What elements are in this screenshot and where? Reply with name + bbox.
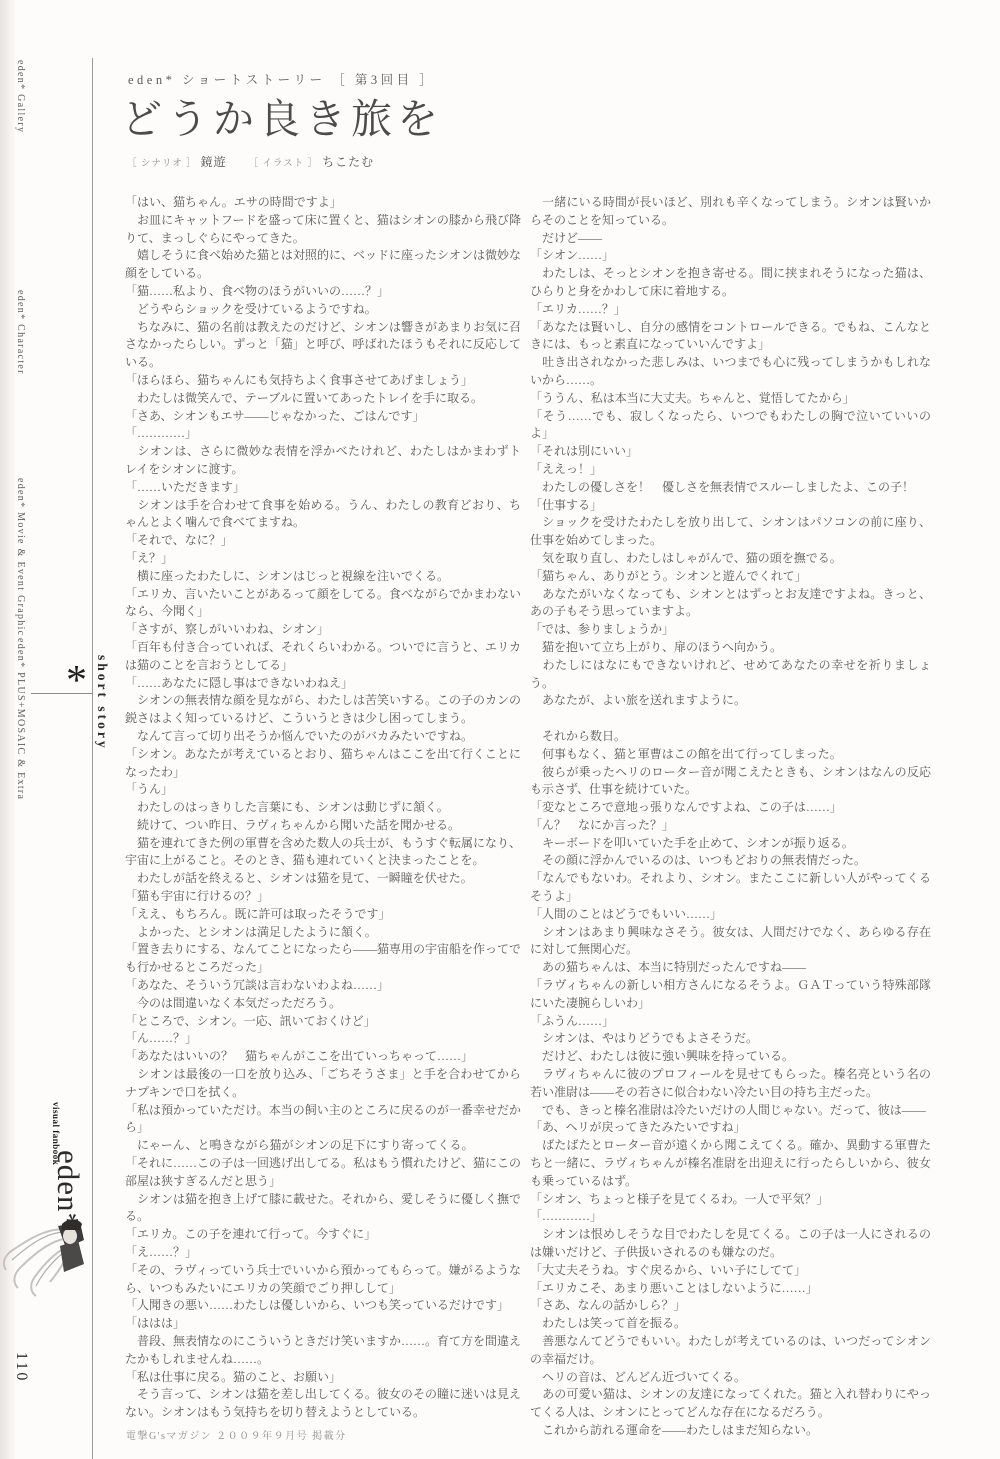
story-paragraph: 「ええ、もちろん。既に許可は取ったそうです」 bbox=[125, 906, 521, 924]
story-paragraph: 「うん」 bbox=[125, 781, 521, 799]
story-paragraph: 横に座ったわたしに、シオンはじっと視線を注いでくる。 bbox=[125, 568, 521, 586]
character-illustration bbox=[0, 1212, 92, 1308]
story-paragraph: 「それで、なに？」 bbox=[125, 532, 521, 550]
story-paragraph: 「変なところで意地っ張りなんですよね、この子は……」 bbox=[530, 799, 931, 817]
story-paragraph: シオンは、やはりどうでもよさそうだ。 bbox=[530, 1030, 931, 1048]
story-column-left: 「はい、猫ちゃん。エサの時間ですよ」 お皿にキャットフードを盛って床に置くと、猫… bbox=[125, 194, 521, 1422]
story-paragraph: 「人聞きの悪い……わたしは優しいから、いつも笑っているだけです」 bbox=[125, 1297, 521, 1315]
story-paragraph: 「なんでもないわ。それより、シオン。またここに新しい人がやってくるそうよ」 bbox=[530, 870, 931, 906]
story-paragraph: 猫を抱いて立ち上がり、扉のほうへ向かう。 bbox=[530, 639, 931, 657]
story-column-right: 一緒にいる時間が長いほど、別れも辛くなってしまう。シオンは賢いからそのことを知っ… bbox=[530, 194, 931, 1440]
sidebar-item-movie-event-graphic: eden* Movie & Event Graphic bbox=[15, 478, 26, 636]
story-paragraph: でも、きっと榛名准尉は冷たいだけの人間じゃない。だって、彼は―― bbox=[530, 1102, 931, 1120]
story-paragraph: にゃーん、と鳴きながら猫がシオンの足下にすり寄ってくる。 bbox=[125, 1137, 521, 1155]
story-paragraph: 「はい、猫ちゃん。エサの時間ですよ」 bbox=[125, 194, 521, 212]
story-paragraph: 「え？」 bbox=[125, 550, 521, 568]
story-paragraph: 「ほらほら、猫ちゃんにも気持ちよく食事させてあげましょう」 bbox=[125, 372, 521, 390]
story-paragraph: わたしにはなにもできないけれど、せめてあなたの幸せを祈りましょう。 bbox=[530, 657, 931, 693]
story-paragraph: 「私は仕事に戻る。猫のこと、お願い」 bbox=[125, 1369, 521, 1387]
story-paragraph: 吐き出されなかった悲しみは、いつまでも心に残ってしまうかもしれないから……。 bbox=[530, 354, 931, 390]
story-paragraph: 「ふうん……」 bbox=[530, 1013, 931, 1031]
story-paragraph: 「……いただきます」 bbox=[125, 479, 521, 497]
story-paragraph: 「え……？」 bbox=[125, 1244, 521, 1262]
story-paragraph: 「人間のことはどうでもいい……」 bbox=[530, 906, 931, 924]
story-paragraph: 「では、参りましょうか」 bbox=[530, 621, 931, 639]
story-paragraph: あの猫ちゃんは、本当に特別だったんですね―― bbox=[530, 959, 931, 977]
sidebar-item-character: eden* Character bbox=[15, 290, 26, 375]
story-paragraph: 「仕事する」 bbox=[530, 497, 931, 515]
scanned-book-page: eden* Gallery eden* Character eden* Movi… bbox=[0, 0, 1000, 1459]
story-paragraph: お皿にキャットフードを盛って床に置くと、猫はシオンの膝から飛び降りて、まっしぐら… bbox=[125, 212, 521, 248]
story-paragraph: 「私は預かっていただけ。本当の飼い主のところに戻るのが一番幸せだから」 bbox=[125, 1102, 521, 1138]
story-paragraph: わたしのはっきりした言葉にも、シオンは動じずに頷く。 bbox=[125, 799, 521, 817]
story-paragraph: 「猫も宇宙に行けるの？」 bbox=[125, 888, 521, 906]
story-paragraph: その顔に浮かんでいるのは、いつもどおりの無表情だった。 bbox=[530, 852, 931, 870]
story-paragraph: 猫を連れてきた例の軍曹を含めた数人の兵士が、もうすぐ転属になり、宇宙に上がること… bbox=[125, 835, 521, 871]
story-paragraph: 「さすが、察しがいいわね、シオン」 bbox=[125, 621, 521, 639]
story-paragraph: 彼らが乗ったヘリのローター音が聞こえたときも、シオンはなんの反応も示さず、仕事を… bbox=[530, 764, 931, 800]
story-paragraph: 「ん？ なにか言った？」 bbox=[530, 817, 931, 835]
story-paragraph: 「ん……？」 bbox=[125, 1030, 521, 1048]
credit-name-scenario: 鏡遊 bbox=[201, 155, 227, 169]
story-paragraph: 普段、無表情なのにこういうときだけ笑いますか……。育て方を間違えたかもしれません… bbox=[125, 1333, 521, 1369]
story-paragraph bbox=[530, 710, 931, 728]
story-paragraph: 「置き去りにする、なんてことになったら――猫専用の宇宙船を作ってでも行かせるとこ… bbox=[125, 941, 521, 977]
story-paragraph: シオンの無表情な顔を見ながら、わたしは苦笑いする。この子のカンの鋭さはよく知って… bbox=[125, 692, 521, 728]
story-paragraph: 「……あなたに隠し事はできないわねえ」 bbox=[125, 675, 521, 693]
story-paragraph: 続けて、つい昨日、ラヴィちゃんから聞いた話を聞かせる。 bbox=[125, 817, 521, 835]
story-paragraph: シオンは、さらに微妙な表情を浮かべたけれど、わたしはかまわずトレイをシオンに渡す… bbox=[125, 443, 521, 479]
story-paragraph: 「あなたはいいの？ 猫ちゃんがここを出ていっちゃって……」 bbox=[125, 1048, 521, 1066]
story-paragraph: ショックを受けたわたしを放り出して、シオンはパソコンの前に座り、仕事を始めてしま… bbox=[530, 514, 931, 550]
credit-role-illust: ［ イラスト ］ bbox=[249, 159, 318, 169]
story-paragraph: シオンはあまり興味なさそう。彼女は、人間だけでなく、あらゆる存在に対して無関心だ… bbox=[530, 924, 931, 960]
story-paragraph: 善悪なんてどうでもいい。わたしが考えているのは、いつだってシオンの幸福だけ。 bbox=[530, 1333, 931, 1369]
story-paragraph: 「シオン、ちょっと様子を見てくるわ。一人で平気？」 bbox=[530, 1191, 931, 1209]
story-paragraph: それから数日。 bbox=[530, 728, 931, 746]
story-paragraph: 「ところで、シオン。一応、訊いておくけど」 bbox=[125, 1013, 521, 1031]
story-paragraph: よかった、とシオンは満足したように頷く。 bbox=[125, 924, 521, 942]
story-paragraph: シオンは手を合わせて食事を始める。うん、わたしの教育どおり、ちゃんとよく噛んで食… bbox=[125, 497, 521, 533]
story-paragraph: なんて言って切り出そうか悩んでいたのがバカみたいですね。 bbox=[125, 728, 521, 746]
story-paragraph: あの可愛い猫は、シオンの友達になってくれた。猫と入れ替わりにやってくる人は、シオ… bbox=[530, 1386, 931, 1422]
story-paragraph: 「猫ちゃん、ありがとう。シオンと遊んでくれて」 bbox=[530, 568, 931, 586]
story-paragraph: ちなみに、猫の名前は教えたのだけど、シオンは響きがあまりお気に召さなかったらしい… bbox=[125, 319, 521, 372]
story-paragraph: わたしは笑って首を振る。 bbox=[530, 1315, 931, 1333]
story-paragraph: 「…………」 bbox=[125, 425, 521, 443]
story-paragraph: シオンは猫を抱き上げて膝に載せた。それから、愛しそうに優しく撫でる。 bbox=[125, 1191, 521, 1227]
story-paragraph: そう言って、シオンは猫を差し出してくる。彼女のその瞳に迷いは見えない。シオンはも… bbox=[125, 1386, 521, 1422]
story-paragraph: 「さあ、シオンもエサ――じゃなかった、ごはんです」 bbox=[125, 408, 521, 426]
story-paragraph: 「…………」 bbox=[530, 1208, 931, 1226]
story-paragraph: あなたがいなくなっても、シオンとはずっとお友達ですよね。きっと、あの子もそう思っ… bbox=[530, 586, 931, 622]
credit-role-scenario: ［ シナリオ ］ bbox=[127, 159, 197, 169]
story-paragraph: 「それに……この子は一回逃げ出してる。私はもう慣れたけど、猫にこの部屋は狭すぎる… bbox=[125, 1155, 521, 1191]
story-paragraph: 「あ、ヘリが戻ってきたみたいですね」 bbox=[530, 1119, 931, 1137]
sidebar-item-plus-mosaic-extra: eden* PLUS+MOSAIC & Extra bbox=[15, 638, 26, 800]
story-paragraph: 「シオン……」 bbox=[530, 247, 931, 265]
story-paragraph: ヘリの音は、どんどん近づいてくる。 bbox=[530, 1369, 931, 1387]
story-paragraph: わたしは微笑んで、テーブルに置いてあったトレイを手に取る。 bbox=[125, 390, 521, 408]
credit-name-illust: ちこたむ bbox=[322, 155, 374, 169]
story-paragraph: これから訪れる運命を――わたしはまだ知らない。 bbox=[530, 1422, 931, 1440]
story-paragraph: だけど、わたしは彼に強い興味を持っている。 bbox=[530, 1048, 931, 1066]
story-credits: ［ シナリオ ］鏡遊［ イラスト ］ちこたむ bbox=[127, 153, 396, 170]
story-paragraph: あなたが、よい旅を送れますように。 bbox=[530, 692, 931, 710]
story-paragraph: シオンは最後の一口を放り込み、「ごちそうさま」と手を合わせてからナプキンで口を拭… bbox=[125, 1066, 521, 1102]
story-paragraph: シオンは恨めしそうな目でわたしを見てくる。この子は一人にされるのは嫌いだけど、子… bbox=[530, 1226, 931, 1262]
story-paragraph: 「シオン。あなたが考えているとおり、猫ちゃんはここを出て行くことになったわ」 bbox=[125, 746, 521, 782]
story-paragraph: 「ラヴィちゃんの新しい相方さんになるそうよ。ＧＡＴっていう特殊部隊にいた凄腕らし… bbox=[530, 977, 931, 1013]
story-paragraph: 「あなた、そういう冗談は言わないわよね……」 bbox=[125, 977, 521, 995]
story-paragraph: 「エリカ……？」 bbox=[530, 301, 931, 319]
story-paragraph: 「エリカ。この子を連れて行って。今すぐに」 bbox=[125, 1226, 521, 1244]
section-label-short-story: short story bbox=[94, 655, 110, 751]
story-paragraph: 嬉しそうに食べ始めた猫とは対照的に、ベッドに座ったシオンは微妙な顔をしている。 bbox=[125, 247, 521, 283]
story-paragraph: 気を取り直し、わたしはしゃがんで、猫の頭を撫でる。 bbox=[530, 550, 931, 568]
story-paragraph: わたしが話を終えると、シオンは猫を見て、一瞬瞳を伏せた。 bbox=[125, 870, 521, 888]
story-paragraph: わたしの優しさを！ 優しさを無表情でスルーしましたよ、この子！ bbox=[530, 479, 931, 497]
story-paragraph: 一緒にいる時間が長いほど、別れも辛くなってしまう。シオンは賢いからそのことを知っ… bbox=[530, 194, 931, 230]
asterisk-section-icon: * bbox=[66, 660, 87, 702]
story-paragraph: どうやらショックを受けているようですね。 bbox=[125, 301, 521, 319]
page-number: 110 bbox=[12, 1352, 30, 1383]
story-paragraph: 「エリカ、言いたいことがあるって顔をしてる。食べながらでかまわないなら、今聞く」 bbox=[125, 586, 521, 622]
story-paragraph: 「ううん、私は本当に大丈夫。ちゃんと、覚悟してたから」 bbox=[530, 390, 931, 408]
story-paragraph: 「エリカこそ、あまり悪いことはしないように……」 bbox=[530, 1280, 931, 1298]
vertical-divider-line bbox=[92, 58, 93, 1459]
story-paragraph: 今のは間違いなく本気だっただろう。 bbox=[125, 995, 521, 1013]
story-paragraph: ラヴィちゃんに彼のプロフィールを見せてもらった。榛名亮という名の若い准尉は――そ… bbox=[530, 1066, 931, 1102]
sidebar-item-gallery: eden* Gallery bbox=[15, 60, 26, 133]
story-paragraph: 「ええっ！」 bbox=[530, 461, 931, 479]
story-paragraph: 「ははは」 bbox=[125, 1315, 521, 1333]
story-paragraph: 「そう……でも、寂しくなったら、いつでもわたしの胸で泣いていいのよ」 bbox=[530, 408, 931, 444]
story-paragraph: わたしは、そっとシオンを抱き寄せる。間に挟まれそうになった猫は、ひらりと身をかわ… bbox=[530, 265, 931, 301]
story-paragraph: 「百年も付き合っていれば、それくらいわかる。ついでに言うと、エリカは猫のことを言… bbox=[125, 639, 521, 675]
story-paragraph: キーボードを叩いていた手を止めて、シオンが振り返る。 bbox=[530, 835, 931, 853]
story-paragraph: ばたばたとローター音が遠くから聞こえてくる。確か、異動する軍曹たちと一緒に、ラヴ… bbox=[530, 1137, 931, 1190]
story-paragraph: 「猫……私より、食べ物のほうがいいの……？」 bbox=[125, 283, 521, 301]
story-title: どうか良き旅を bbox=[121, 86, 443, 145]
story-paragraph: だけど―― bbox=[530, 230, 931, 248]
story-paragraph: 何事もなく、猫と軍曹はこの館を出て行ってしまった。 bbox=[530, 746, 931, 764]
story-paragraph: 「それは別にいい」 bbox=[530, 443, 931, 461]
story-paragraph: 「あなたは賢いし、自分の感情をコントロールできる。でもね、こんなときには、もっと… bbox=[530, 319, 931, 355]
story-paragraph: 「その、ラヴィっていう兵士でいいから預かってもらって。嫌がるようなら、いつもみた… bbox=[125, 1262, 521, 1298]
publication-footer: 電撃G'sマガジン ２００９年９月号 掲載分 bbox=[126, 1427, 347, 1442]
story-paragraph: 「大丈夫そうね。すぐ戻るから、いい子にしてて」 bbox=[530, 1262, 931, 1280]
story-paragraph: 「さあ、なんの話かしら？」 bbox=[530, 1297, 931, 1315]
